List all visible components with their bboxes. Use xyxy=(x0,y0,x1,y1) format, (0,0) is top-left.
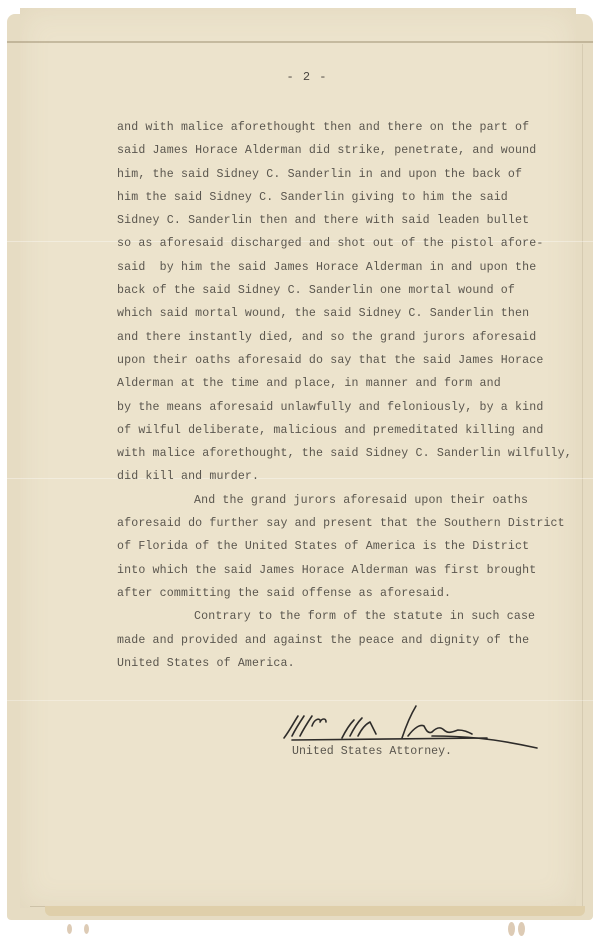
text-line: back of the said Sidney C. Sanderlin one… xyxy=(117,279,577,302)
paragraph-1: and with malice aforethought then and th… xyxy=(117,116,577,489)
paragraph-2: And the grand jurors aforesaid upon thei… xyxy=(117,489,577,605)
text-line: said James Horace Alderman did strike, p… xyxy=(117,139,577,162)
stain xyxy=(84,924,89,934)
text-line: of wilful deliberate, malicious and prem… xyxy=(117,419,577,442)
page-number: - 2 - xyxy=(0,70,600,84)
torn-edge xyxy=(45,906,585,916)
text-line: did kill and murder. xyxy=(117,465,577,488)
stain xyxy=(518,922,525,936)
text-line: of Florida of the United States of Ameri… xyxy=(117,535,577,558)
stain xyxy=(508,922,515,936)
text-line: said by him the said James Horace Alderm… xyxy=(117,256,577,279)
text-line: with malice aforethought, the said Sidne… xyxy=(117,442,577,465)
text-line: which said mortal wound, the said Sidney… xyxy=(117,302,577,325)
stain xyxy=(67,924,72,934)
text-line: aforesaid do further say and present tha… xyxy=(117,512,577,535)
text-line: And the grand jurors aforesaid upon thei… xyxy=(117,489,577,512)
text-line: by the means aforesaid unlawfully and fe… xyxy=(117,396,577,419)
indictment-body: and with malice aforethought then and th… xyxy=(117,116,577,675)
text-line: him the said Sidney C. Sanderlin giving … xyxy=(117,186,577,209)
text-line: Sidney C. Sanderlin then and there with … xyxy=(117,209,577,232)
fold-line xyxy=(7,41,593,43)
text-line: so as aforesaid discharged and shot out … xyxy=(117,232,577,255)
text-line: Alderman at the time and place, in manne… xyxy=(117,372,577,395)
signatory-title: United States Attorney. xyxy=(292,745,452,758)
text-line: after committing the said offense as afo… xyxy=(117,582,577,605)
text-line: him, the said Sidney C. Sanderlin in and… xyxy=(117,163,577,186)
text-line: into which the said James Horace Alderma… xyxy=(117,559,577,582)
paragraph-3: Contrary to the form of the statute in s… xyxy=(117,605,577,675)
signature-block: Wm. M. Gober United States Attorney. xyxy=(282,700,562,770)
text-line: upon their oaths aforesaid do say that t… xyxy=(117,349,577,372)
text-line: Contrary to the form of the statute in s… xyxy=(117,605,577,628)
text-line: United States of America. xyxy=(117,652,577,675)
text-line: and there instantly died, and so the gra… xyxy=(117,326,577,349)
text-line: and with malice aforethought then and th… xyxy=(117,116,577,139)
text-line: made and provided and against the peace … xyxy=(117,629,577,652)
